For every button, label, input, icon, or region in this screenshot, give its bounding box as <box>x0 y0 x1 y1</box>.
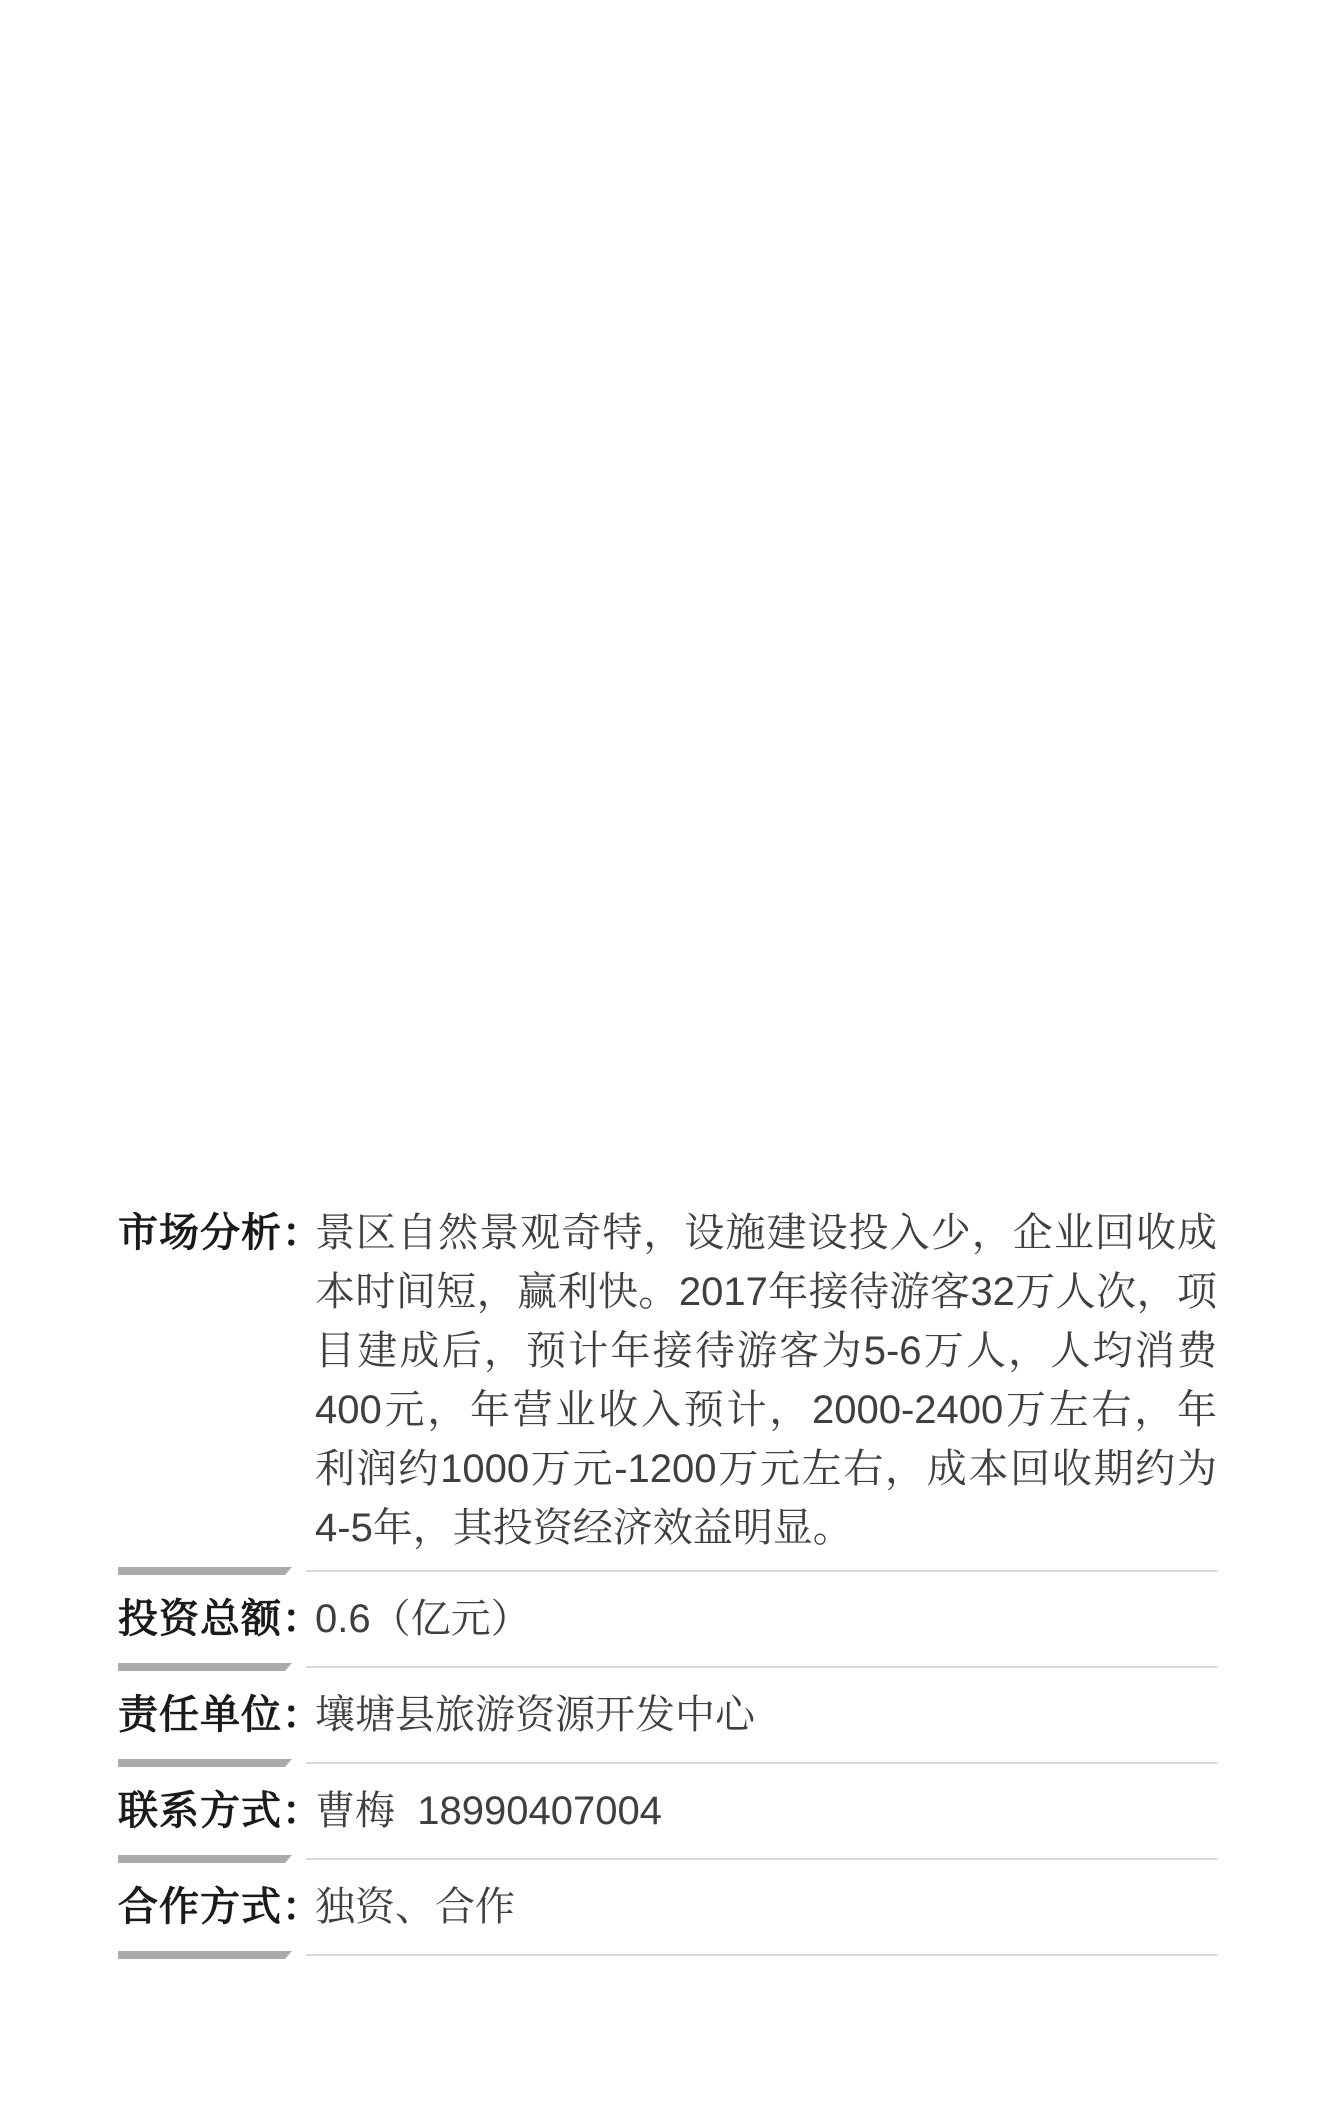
section-cooperation: 合作方式： 独资、合作 <box>118 1863 1217 1951</box>
responsible-unit-label: 责任单位： <box>118 1686 315 1745</box>
market-analysis-line: 利润约1000万元-1200万元左右，成本回收期约为 <box>315 1440 1217 1499</box>
divider-bar <box>118 1759 292 1767</box>
contact-label: 联系方式： <box>118 1782 315 1841</box>
market-analysis-line: 景区自然景观奇特，设施建设投入少，企业回收成 <box>315 1204 1217 1263</box>
investment-total-label: 投资总额： <box>118 1590 315 1649</box>
divider-bar <box>118 1567 292 1575</box>
contact-value: 曹梅 18990407004 <box>315 1782 1217 1841</box>
section-divider <box>118 1855 1217 1863</box>
divider-line <box>306 1666 1217 1668</box>
document-page: 市场分析： 景区自然景观奇特，设施建设投入少，企业回收成 本时间短，赢利快。20… <box>0 0 1334 2102</box>
market-analysis-text: 景区自然景观奇特，设施建设投入少，企业回收成 本时间短，赢利快。2017年接待游… <box>315 1204 1217 1558</box>
divider-line <box>306 1570 1217 1572</box>
cooperation-value: 独资、合作 <box>315 1878 1217 1937</box>
responsible-unit-value: 壤塘县旅游资源开发中心 <box>315 1686 1217 1745</box>
section-contact: 联系方式： 曹梅 18990407004 <box>118 1767 1217 1855</box>
section-divider <box>118 1951 1217 1959</box>
section-investment-total: 投资总额： 0.6（亿元） <box>118 1575 1217 1663</box>
divider-line <box>306 1858 1217 1860</box>
divider-bar <box>118 1855 292 1863</box>
market-analysis-line: 目建成后，预计年接待游客为5-6万人，人均消费 <box>315 1322 1217 1381</box>
divider-line <box>306 1954 1217 1956</box>
section-market-analysis: 市场分析： 景区自然景观奇特，设施建设投入少，企业回收成 本时间短，赢利快。20… <box>118 1204 1217 1558</box>
project-info-block: 市场分析： 景区自然景观奇特，设施建设投入少，企业回收成 本时间短，赢利快。20… <box>118 1204 1217 1959</box>
divider-bar <box>118 1951 292 1959</box>
divider-bar <box>118 1663 292 1671</box>
investment-total-value: 0.6（亿元） <box>315 1590 1217 1649</box>
section-responsible-unit: 责任单位： 壤塘县旅游资源开发中心 <box>118 1671 1217 1759</box>
market-analysis-line: 4-5年，其投资经济效益明显。 <box>315 1499 1217 1558</box>
market-analysis-line: 本时间短，赢利快。2017年接待游客32万人次，项 <box>315 1263 1217 1322</box>
cooperation-label: 合作方式： <box>118 1878 315 1937</box>
market-analysis-line: 400元，年营业收入预计，2000-2400万左右，年 <box>315 1381 1217 1440</box>
section-divider <box>118 1759 1217 1767</box>
section-divider <box>118 1663 1217 1671</box>
divider-line <box>306 1762 1217 1764</box>
section-divider <box>118 1567 1217 1575</box>
market-analysis-label: 市场分析： <box>118 1204 315 1558</box>
